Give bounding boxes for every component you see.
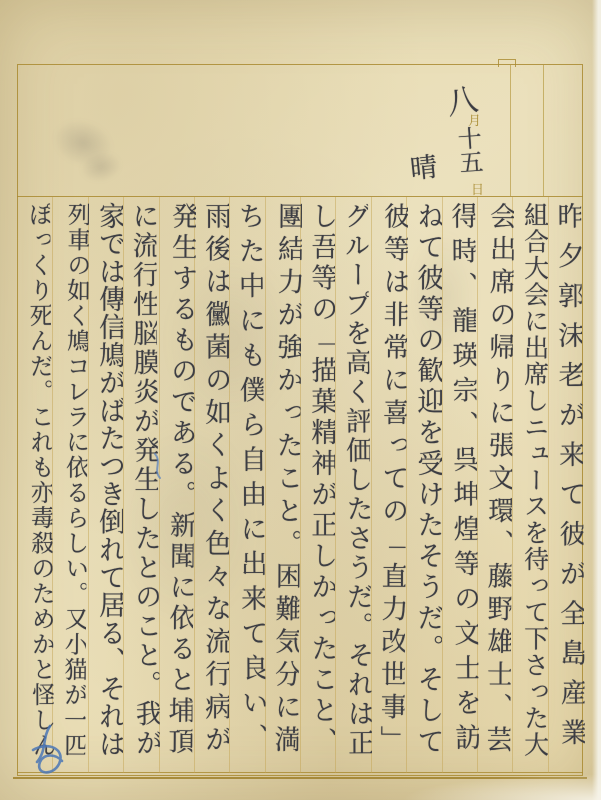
manuscript-column: 発生するものである。新聞に依ると埔頂: [156, 197, 195, 773]
date-column-rule: [543, 65, 544, 196]
day-value-handwritten: 十五: [449, 125, 487, 175]
scan-edge-highlight: [401, 774, 601, 800]
manuscript-column: 得時、龍瑛宗、呉坤煌等の文士を訪: [439, 197, 478, 773]
scanned-diary-page: 月 日 八 十五 晴 昨夕郭沬老が来て彼が全島産業組合大会に出席しニュースを待っ…: [0, 0, 601, 800]
blue-ink-scribble: [20, 720, 82, 782]
manuscript-column: 團結力が強かったこと。困難気分に満: [263, 197, 302, 773]
manuscript-column: ぽっくり死んだ。これも亦毒殺のためかと怪しん: [15, 197, 54, 773]
manuscript-column: に流行性脳膜炎が発生したとのこと。我が: [121, 197, 160, 773]
manuscript-column: 組合大会に出席しニュースを待って下さった大: [512, 197, 547, 773]
manuscript-column: 家では傳信鳩がばたつき倒れて居る、それは: [88, 197, 123, 773]
manuscript-body: 昨夕郭沬老が来て彼が全島産業組合大会に出席しニュースを待って下さった大会出席の帰…: [17, 197, 583, 773]
manuscript-column: 彼等は非常に喜っての「直力改世事」: [369, 197, 408, 773]
manuscript-column: ねて彼等の歓迎を受けたそうだ。そして: [406, 197, 441, 773]
scan-edge-highlight: [592, 0, 601, 800]
frame-notch-mark: [498, 59, 516, 67]
manuscript-column: し吾等の「描葉精神が正しかったこと、: [300, 197, 335, 773]
manuscript-column: 雨後は黴菌の如くよく色々な流行病が: [194, 197, 229, 773]
date-column-rule: [510, 65, 511, 196]
manuscript-column: 会出席の帰りに張文環、藤野雄士、芸: [475, 197, 514, 773]
blue-ink-correction: [149, 452, 169, 480]
manuscript-column: ちた中にも僕ら自由に出来て良い、: [227, 197, 266, 773]
manuscript-column: 列車の如く鳩コレラに依るらしい。又小猫が一匹: [50, 197, 89, 773]
day-label-printed: 日: [471, 179, 484, 198]
manuscript-column: 昨夕郭沬老が来て彼が全島産業: [546, 197, 585, 773]
manuscript-column: グループを高く評価したさうだ。それは正: [333, 197, 372, 773]
weather-mark-handwritten: 晴: [408, 145, 439, 187]
